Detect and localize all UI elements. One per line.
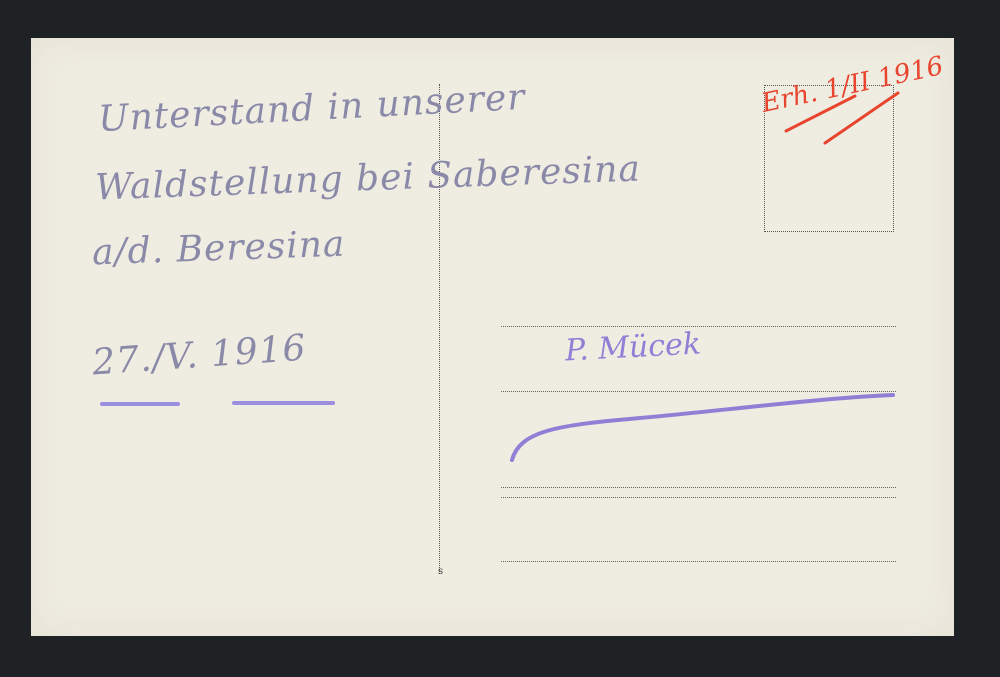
- address-line: [501, 561, 896, 562]
- address-line: [501, 497, 896, 498]
- address-line: [501, 391, 896, 392]
- signature: P. Mücek: [564, 326, 702, 368]
- printer-mark: s: [438, 566, 443, 577]
- address-line: [501, 487, 896, 488]
